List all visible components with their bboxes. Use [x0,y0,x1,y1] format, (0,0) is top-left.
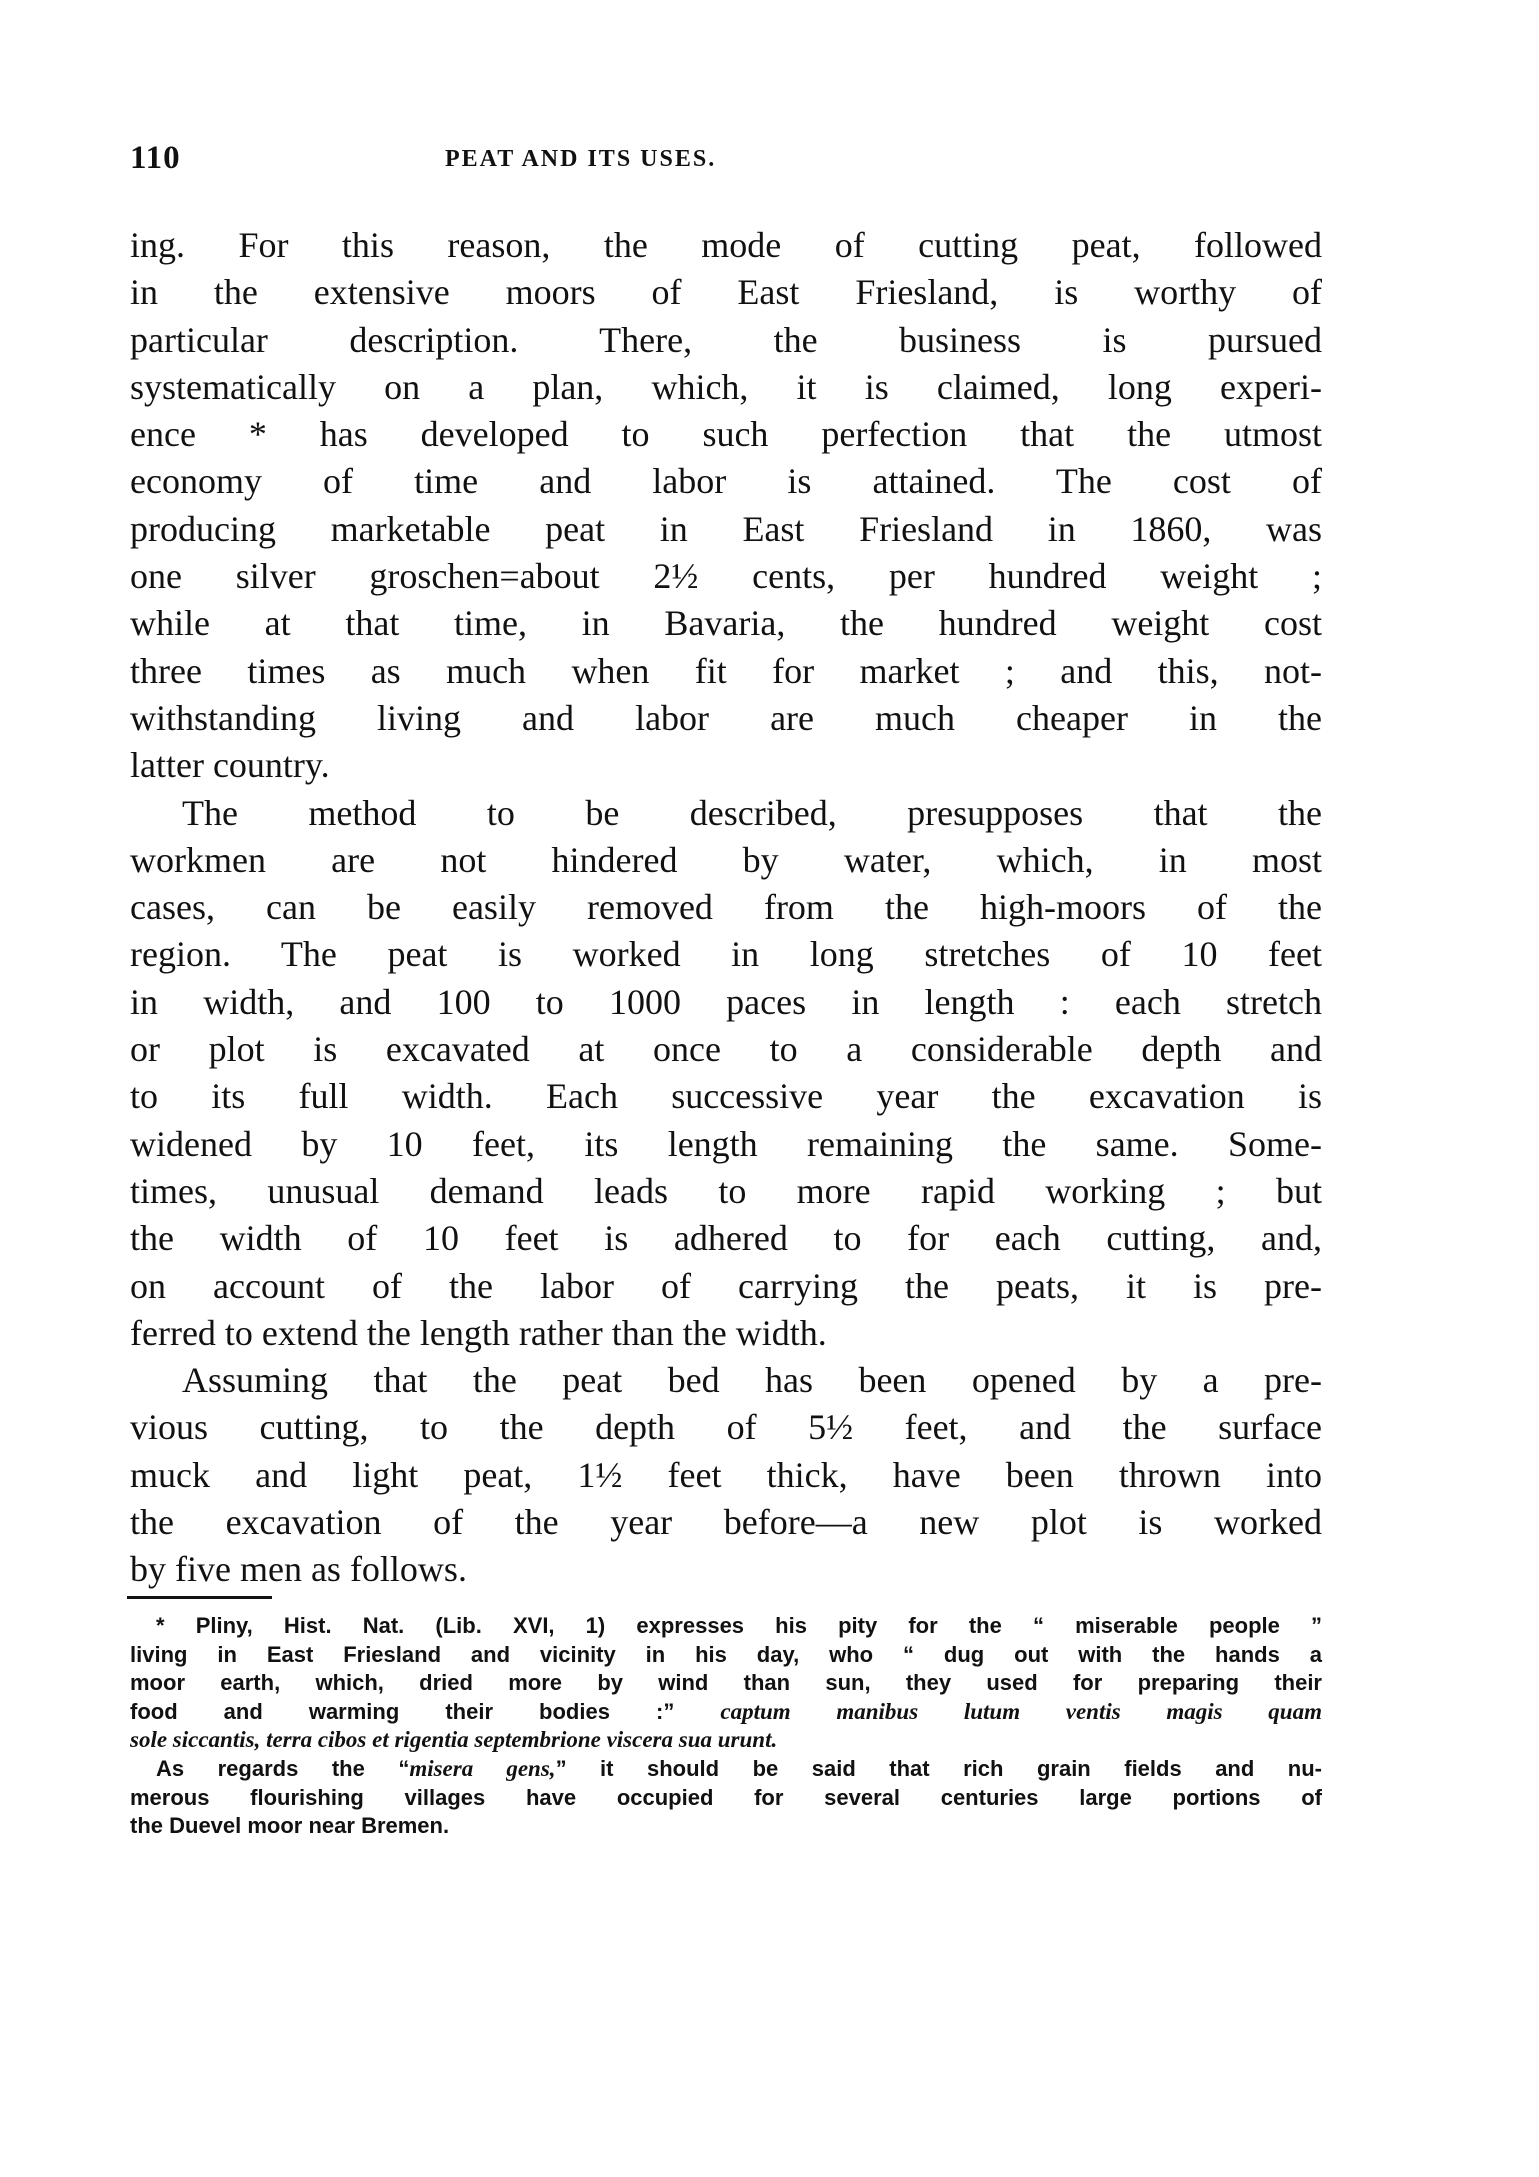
footnote-line: the Duevel moor near Bremen. [130,1812,1322,1841]
footnote-line: As regards the “misera gens,” it should … [130,1755,1322,1784]
text-line: by five men as follows. [130,1546,1322,1593]
text-line: cases, can be easily removed from the hi… [130,884,1322,931]
text-line: vious cutting, to the depth of 5½ feet, … [130,1404,1322,1451]
text-line: on account of the labor of carrying the … [130,1263,1322,1310]
latin-quote: sole siccantis, terra cibos et rigentia … [130,1727,777,1752]
text-line: particular description. There, the busin… [130,317,1322,364]
text-line: the width of 10 feet is adhered to for e… [130,1215,1322,1262]
footnote-line: moor earth, which, dried more by wind th… [130,1669,1322,1698]
text-line: workmen are not hindered by water, which… [130,837,1322,884]
text-line: widened by 10 feet, its length remaining… [130,1121,1322,1168]
text-line: in width, and 100 to 1000 paces in lengt… [130,979,1322,1026]
page-number: 110 [130,140,181,177]
running-title: PEAT AND ITS USES. [445,146,716,173]
paragraph-start-line: The method to be described, presupposes … [130,790,1322,837]
text-line: ferred to extend the length rather than … [130,1310,1322,1357]
footnote-text: food and warming their bodies :” [130,1699,674,1724]
text-line: ence * has developed to such perfection … [130,411,1322,458]
text-line: to its full width. Each successive year … [130,1073,1322,1120]
footnote-line: food and warming their bodies :” captum … [130,1698,1322,1727]
text-line: region. The peat is worked in long stret… [130,931,1322,978]
text-line: while at that time, in Bavaria, the hund… [130,600,1322,647]
paragraph-start-line: Assuming that the peat bed has been open… [130,1357,1322,1404]
running-head: 110 PEAT AND ITS USES. [130,140,1320,176]
latin-quote: captum manibus lutum ventis magis quam [720,1699,1322,1724]
footnote-line: merous flourishing villages have occupie… [130,1784,1322,1813]
text-line: the excavation of the year before—a new … [130,1499,1322,1546]
text-line: withstanding living and labor are much c… [130,695,1322,742]
text-line: muck and light peat, 1½ feet thick, have… [130,1452,1322,1499]
text-line: one silver groschen=about 2½ cents, per … [130,553,1322,600]
body-text: ing. For this reason, the mode of cuttin… [130,222,1322,1594]
footnote-text: As regards the “ [156,1756,409,1781]
text-line: in the extensive moors of East Friesland… [130,269,1322,316]
text-line: times, unusual demand leads to more rapi… [130,1168,1322,1215]
text-line: economy of time and labor is attained. T… [130,458,1322,505]
footnote-text: ” it should be said that rich grain fiel… [556,1756,1322,1781]
footnote-line: living in East Friesland and vicinity in… [130,1641,1322,1670]
footnote-line: sole siccantis, terra cibos et rigentia … [130,1726,1322,1755]
footnotes: * Pliny, Hist. Nat. (Lib. XVI, 1) expres… [130,1612,1322,1841]
text-line: systematically on a plan, which, it is c… [130,364,1322,411]
text-line: producing marketable peat in East Friesl… [130,506,1322,553]
footnote-rule [127,1596,272,1599]
latin-phrase: misera gens, [409,1756,555,1781]
text-line: three times as much when fit for market … [130,648,1322,695]
text-line: ing. For this reason, the mode of cuttin… [130,222,1322,269]
text-line: or plot is excavated at once to a consid… [130,1026,1322,1073]
text-line: latter country. [130,742,1322,789]
footnote-line: * Pliny, Hist. Nat. (Lib. XVI, 1) expres… [130,1612,1322,1641]
book-page: 110 PEAT AND ITS USES. ing. For this rea… [0,0,1539,2177]
